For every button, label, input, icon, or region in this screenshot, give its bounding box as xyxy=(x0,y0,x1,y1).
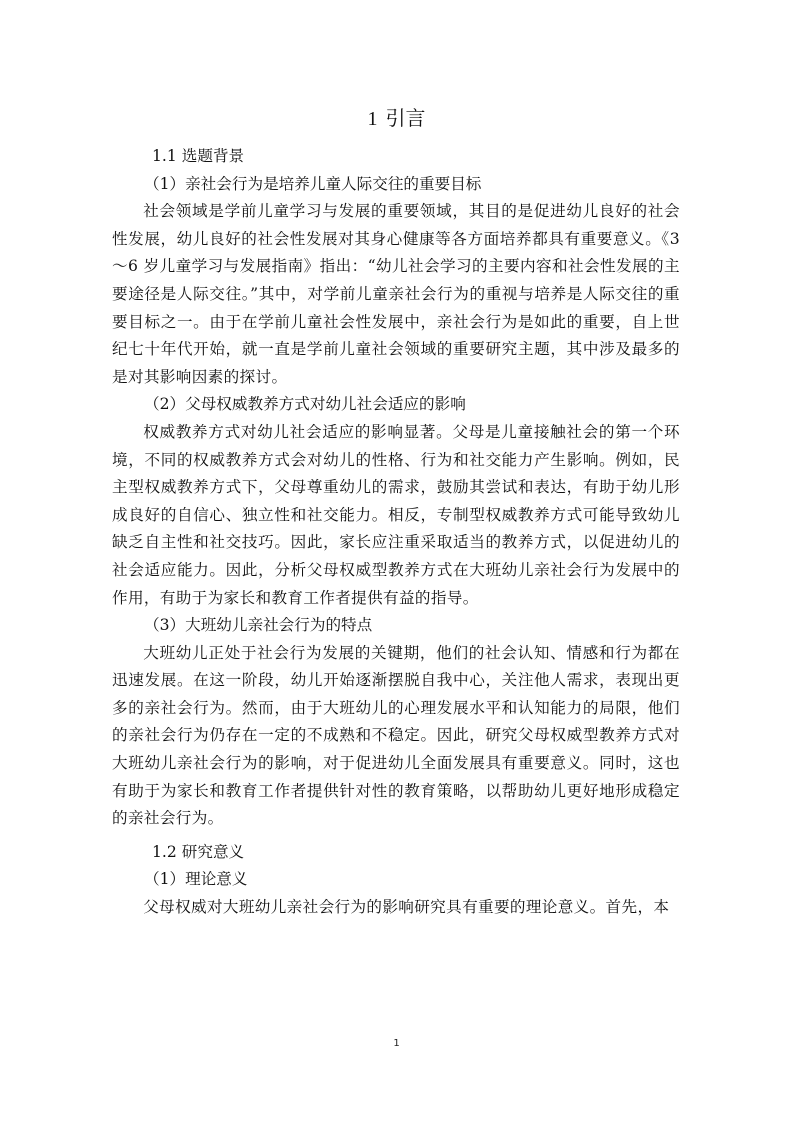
paragraph-prosocial-goal: 社会领域是学前儿童学习与发展的重要领域，其目的是促进幼儿良好的社会性发展，幼儿良… xyxy=(112,198,680,391)
section-heading-1-2: 1.2 研究意义 xyxy=(112,839,680,867)
paragraph-parenting-influence: 权威教养方式对幼儿社会适应的影响显著。父母是儿童接触社会的第一个环境，不同的权威… xyxy=(112,419,680,612)
paragraph-senior-class-traits: 大班幼儿正处于社会行为发展的关键期，他们的社会认知、情感和行为都在迅速发展。在这… xyxy=(112,640,680,833)
document-page: 1引言 1.1 选题背景 （1）亲社会行为是培养儿童人际交往的重要目标 社会领域… xyxy=(0,0,793,1122)
paragraph-theoretical-significance: 父母权威对大班幼儿亲社会行为的影响研究具有重要的理论意义。首先，本 xyxy=(112,894,680,922)
subsection-heading-1-1-1: （1）亲社会行为是培养儿童人际交往的重要目标 xyxy=(112,171,680,199)
subsection-heading-1-1-3: （3）大班幼儿亲社会行为的特点 xyxy=(112,612,680,640)
document-body: 1.1 选题背景 （1）亲社会行为是培养儿童人际交往的重要目标 社会领域是学前儿… xyxy=(112,143,680,922)
chapter-number: 1 xyxy=(368,108,378,130)
chapter-title-text: 引言 xyxy=(386,106,426,130)
section-heading-1-1: 1.1 选题背景 xyxy=(112,143,680,171)
subsection-heading-1-1-2: （2）父母权威教养方式对幼儿社会适应的影响 xyxy=(112,391,680,419)
chapter-title: 1引言 xyxy=(0,104,793,133)
page-number: 1 xyxy=(0,1038,793,1049)
subsection-heading-1-2-1: （1）理论意义 xyxy=(112,866,680,894)
